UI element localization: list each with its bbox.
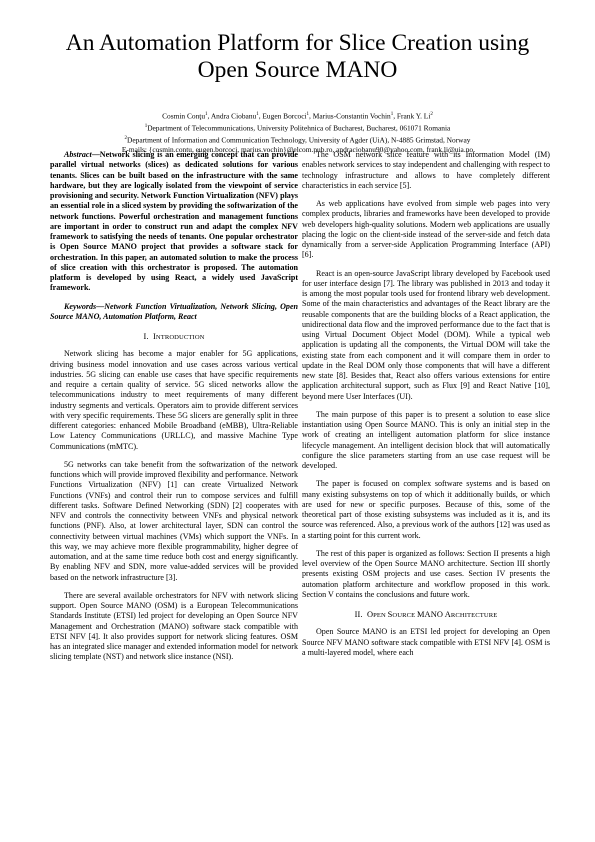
paragraph: There are several available orchestrator…	[50, 591, 298, 663]
paragraph: As web applications have evolved from si…	[302, 199, 550, 261]
abstract-text: Network slicing is an emerging concept t…	[50, 150, 298, 292]
paragraph: 5G networks can take benefit from the so…	[50, 460, 298, 583]
abstract-label: Abstract	[64, 150, 92, 159]
left-column: Abstract—Network slicing is an emerging …	[50, 150, 298, 671]
paragraph: React is an open-source JavaScript libra…	[302, 269, 550, 402]
section-heading-osm-architecture: II. OPEN SOURCE MANO ARCHITECTURE	[302, 610, 550, 621]
affiliation-1: 1Department of Telecommunications, Unive…	[0, 122, 595, 134]
abstract: Abstract—Network slicing is an emerging …	[50, 150, 298, 294]
paragraph: Network slicing has become a major enabl…	[50, 349, 298, 452]
author-name: Andra Ciobanu	[211, 111, 256, 120]
author-name: Marius-Constantin Vochin	[313, 111, 391, 120]
author-name: Frank Y. Li	[397, 111, 430, 120]
paper-title: An Automation Platform for Slice Creatio…	[0, 30, 595, 84]
author-name: Eugen Borcoci	[262, 111, 306, 120]
author-names: Cosmin Conţu1, Andra Ciobanu1, Eugen Bor…	[0, 110, 595, 122]
author-block: Cosmin Conţu1, Andra Ciobanu1, Eugen Bor…	[0, 110, 595, 156]
paragraph: Open Source MANO is an ETSI led project …	[302, 627, 550, 658]
paragraph: The rest of this paper is organized as f…	[302, 549, 550, 600]
keywords: Keywords—Network Function Virtualization…	[50, 302, 298, 323]
paragraph: The main purpose of this paper is to pre…	[302, 410, 550, 472]
affiliation-2: 2Department of Information and Communica…	[0, 134, 595, 146]
title-line-1: An Automation Platform for Slice Creatio…	[0, 30, 595, 57]
author-name: Cosmin Conţu	[162, 111, 205, 120]
paragraph: The paper is focused on complex software…	[302, 479, 550, 541]
paragraph: The OSM network slice feature with its I…	[302, 150, 550, 191]
right-column: The OSM network slice feature with its I…	[302, 150, 550, 666]
section-heading-introduction: I. INTRODUCTION	[50, 332, 298, 343]
title-line-2: Open Source MANO	[0, 57, 595, 84]
